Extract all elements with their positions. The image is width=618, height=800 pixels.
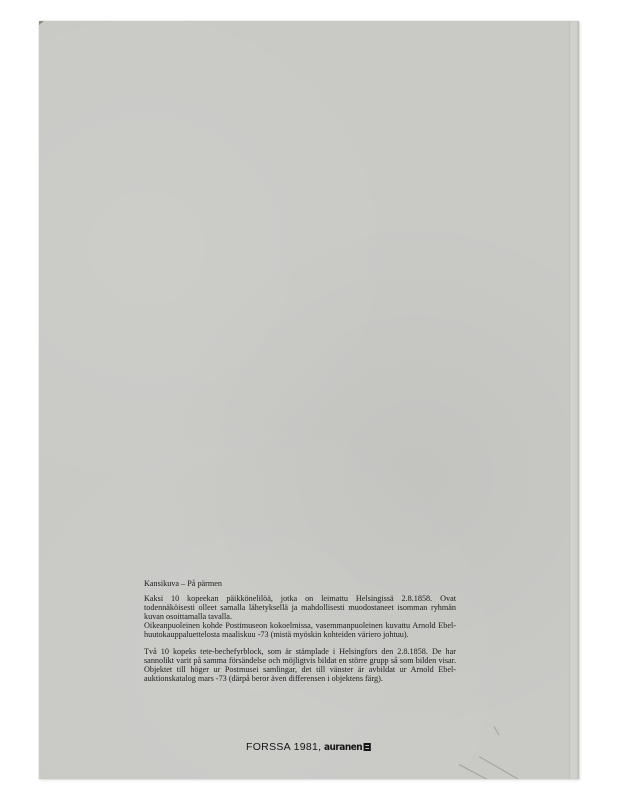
caption-paragraph-swedish: Två 10 kopeks tete-bechefyrblock, som är… — [144, 647, 456, 683]
caption-paragraph-finnish-1: Kaksi 10 kopeekan päikkönelilöä, jotka o… — [144, 594, 456, 621]
auranen-logo-icon — [364, 743, 371, 751]
publisher-name: auranen — [324, 742, 362, 753]
caption-title: Kansikuva – På pärmen — [144, 579, 456, 588]
surface-scratch — [494, 726, 500, 735]
book-back-cover: Kansikuva – På pärmen Kaksi 10 kopeekan … — [39, 21, 579, 779]
cover-caption: Kansikuva – På pärmen Kaksi 10 kopeekan … — [144, 579, 456, 683]
caption-paragraph-finnish-2: Oikeanpuoleinen kohde Postimuseon kokoel… — [144, 621, 456, 639]
publisher-logo: auranen — [324, 742, 371, 753]
imprint-place-year: FORSSA 1981, — [246, 741, 321, 753]
printer-imprint: FORSSA 1981, auranen — [246, 741, 377, 753]
photo-background: Kansikuva – På pärmen Kaksi 10 kopeekan … — [0, 0, 618, 800]
surface-scratch — [479, 756, 518, 779]
corner-wear — [39, 21, 44, 25]
spine-edge — [569, 21, 579, 779]
